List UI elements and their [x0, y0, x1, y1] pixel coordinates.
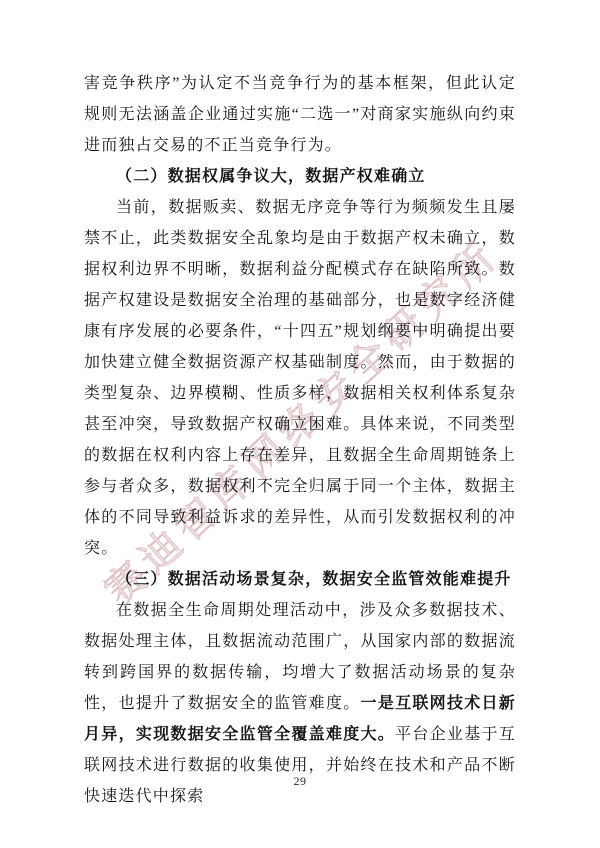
- page-number: 29: [0, 774, 600, 789]
- paragraph: 害竞争秩序”为认定不当竞争行为的基本框架，但此认定规则无法涵盖企业通过实施“二选…: [84, 68, 516, 161]
- heading: （三）数据活动场景复杂，数据安全监管效能难提升: [84, 564, 516, 595]
- text-segment: 害竞争秩序”为认定不当竞争行为的基本框架，但此认定规则无法涵盖企业通过实施“二选…: [84, 75, 516, 154]
- bold-text-segment: （二）数据权属争议大，数据产权难确立: [116, 168, 426, 185]
- page-body: 害竞争秩序”为认定不当竞争行为的基本框架，但此认定规则无法涵盖企业通过实施“二选…: [84, 68, 516, 812]
- bold-text-segment: （三）数据活动场景复杂，数据安全监管效能难提升: [116, 571, 512, 588]
- paragraph: 当前，数据贩卖、数据无序竞争等行为频频发生且屡禁不止，此类数据安全乱象均是由于数…: [84, 192, 516, 564]
- document-page: 赛迪智库网络安全研究所 害竞争秩序”为认定不当竞争行为的基本框架，但此认定规则无…: [0, 0, 600, 848]
- heading: （二）数据权属争议大，数据产权难确立: [84, 161, 516, 192]
- text-segment: 当前，数据贩卖、数据无序竞争等行为频频发生且屡禁不止，此类数据安全乱象均是由于数…: [84, 199, 516, 557]
